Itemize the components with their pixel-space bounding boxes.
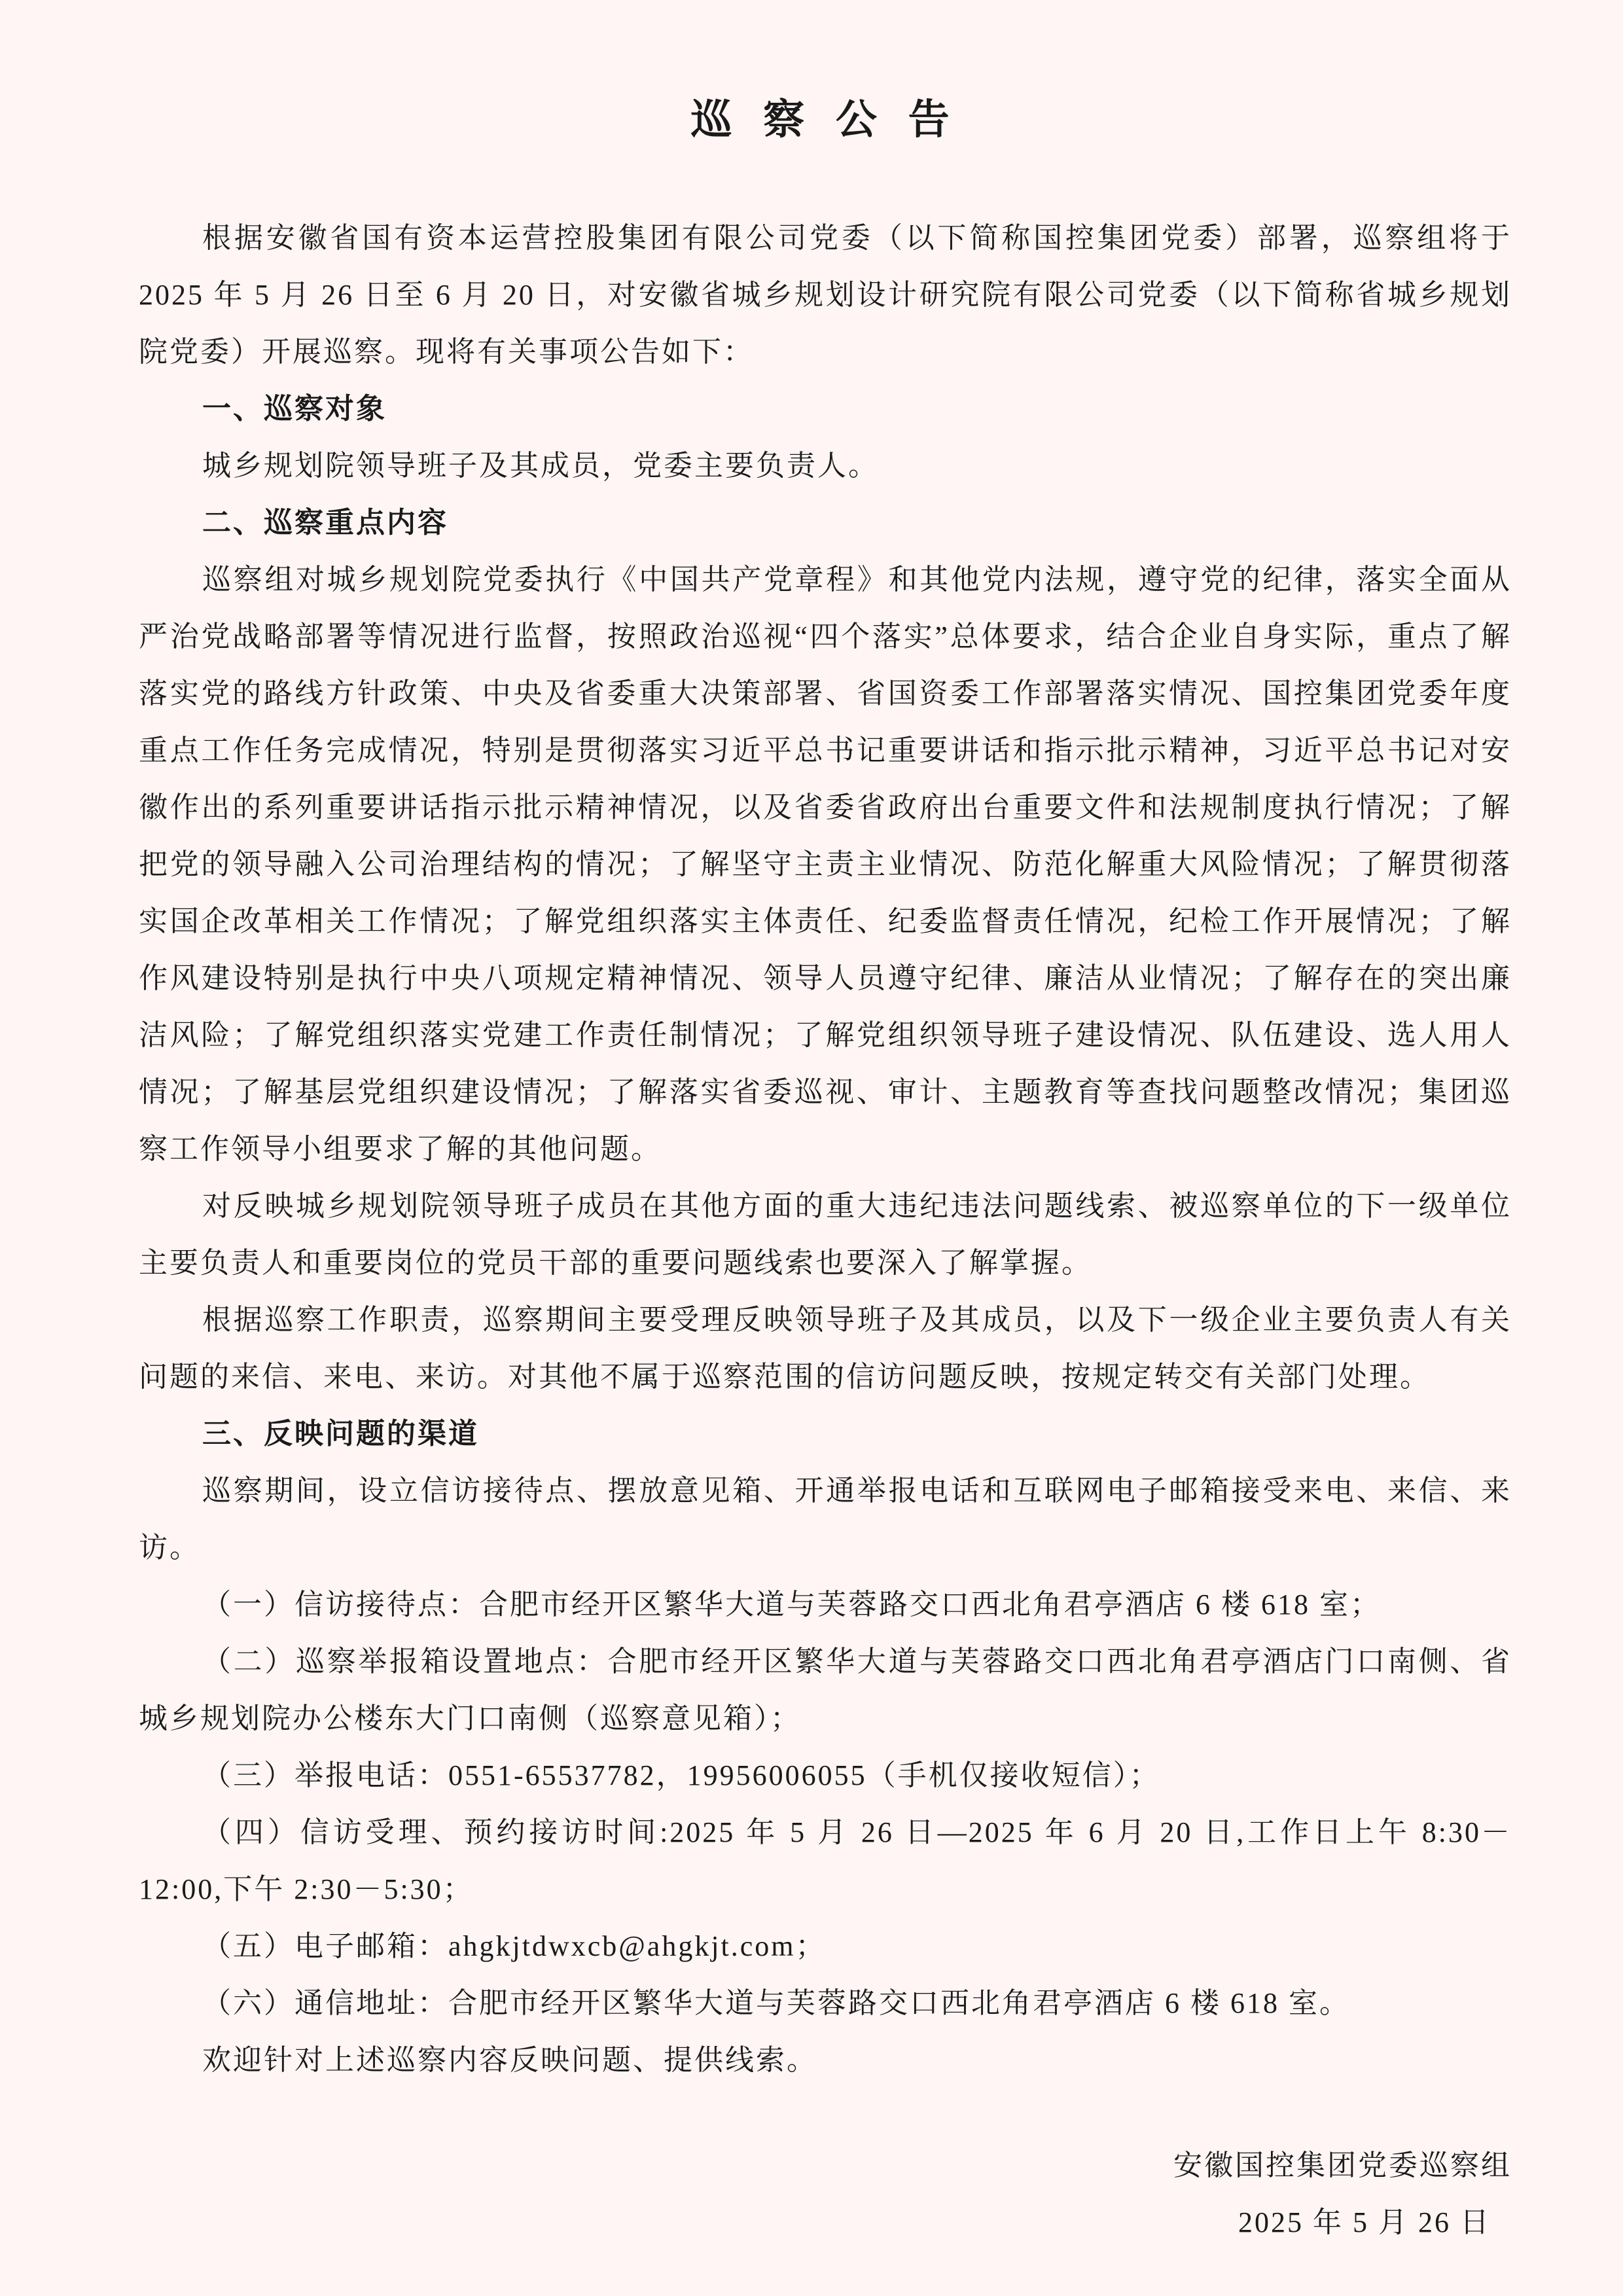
channel-item-3: （三）举报电话：0551-65537782，19956006055（手机仅接收短… [139, 1747, 1512, 1804]
section3-heading: 三、反映问题的渠道 [139, 1405, 1512, 1462]
channel-item-4: （四）信访受理、预约接访时间:2025 年 5 月 26 日—2025 年 6 … [139, 1804, 1512, 1918]
page-title: 巡 察 公 告 [139, 77, 1512, 162]
section2-paragraph-2: 对反映城乡规划院领导班子成员在其他方面的重大违纪违法问题线索、被巡察单位的下一级… [139, 1177, 1512, 1291]
announcement-page: 巡 察 公 告 根据安徽省国有资本运营控股集团有限公司党委（以下简称国控集团党委… [0, 0, 1623, 2296]
channel-item-5: （五）电子邮箱：ahgkjtdwxcb@ahgkjt.com； [139, 1918, 1512, 1975]
section1-body: 城乡规划院领导班子及其成员，党委主要负责人。 [139, 437, 1512, 494]
channel-item-1: （一）信访接待点：合肥市经开区繁华大道与芙蓉路交口西北角君亭酒店 6 楼 618… [139, 1576, 1512, 1633]
signature-block: 安徽国控集团党委巡察组 2025 年 5 月 26 日 [139, 2137, 1512, 2251]
channel-item-6: （六）通信地址：合肥市经开区繁华大道与芙蓉路交口西北角君亭酒店 6 楼 618 … [139, 1975, 1512, 2032]
section2-heading: 二、巡察重点内容 [139, 494, 1512, 551]
channel-item-2: （二）巡察举报箱设置地点：合肥市经开区繁华大道与芙蓉路交口西北角君亭酒店门口南侧… [139, 1633, 1512, 1747]
section1-heading: 一、巡察对象 [139, 380, 1512, 437]
section3-intro: 巡察期间，设立信访接待点、摆放意见箱、开通举报电话和互联网电子邮箱接受来电、来信… [139, 1462, 1512, 1576]
section2-paragraph-3: 根据巡察工作职责，巡察期间主要受理反映领导班子及其成员，以及下一级企业主要负责人… [139, 1291, 1512, 1405]
closing-paragraph: 欢迎针对上述巡察内容反映问题、提供线索。 [139, 2032, 1512, 2089]
signature-organization: 安徽国控集团党委巡察组 [139, 2137, 1512, 2194]
signature-date: 2025 年 5 月 26 日 [139, 2194, 1512, 2251]
intro-paragraph: 根据安徽省国有资本运营控股集团有限公司党委（以下简称国控集团党委）部署，巡察组将… [139, 209, 1512, 380]
section2-paragraph-1: 巡察组对城乡规划院党委执行《中国共产党章程》和其他党内法规，遵守党的纪律，落实全… [139, 551, 1512, 1177]
